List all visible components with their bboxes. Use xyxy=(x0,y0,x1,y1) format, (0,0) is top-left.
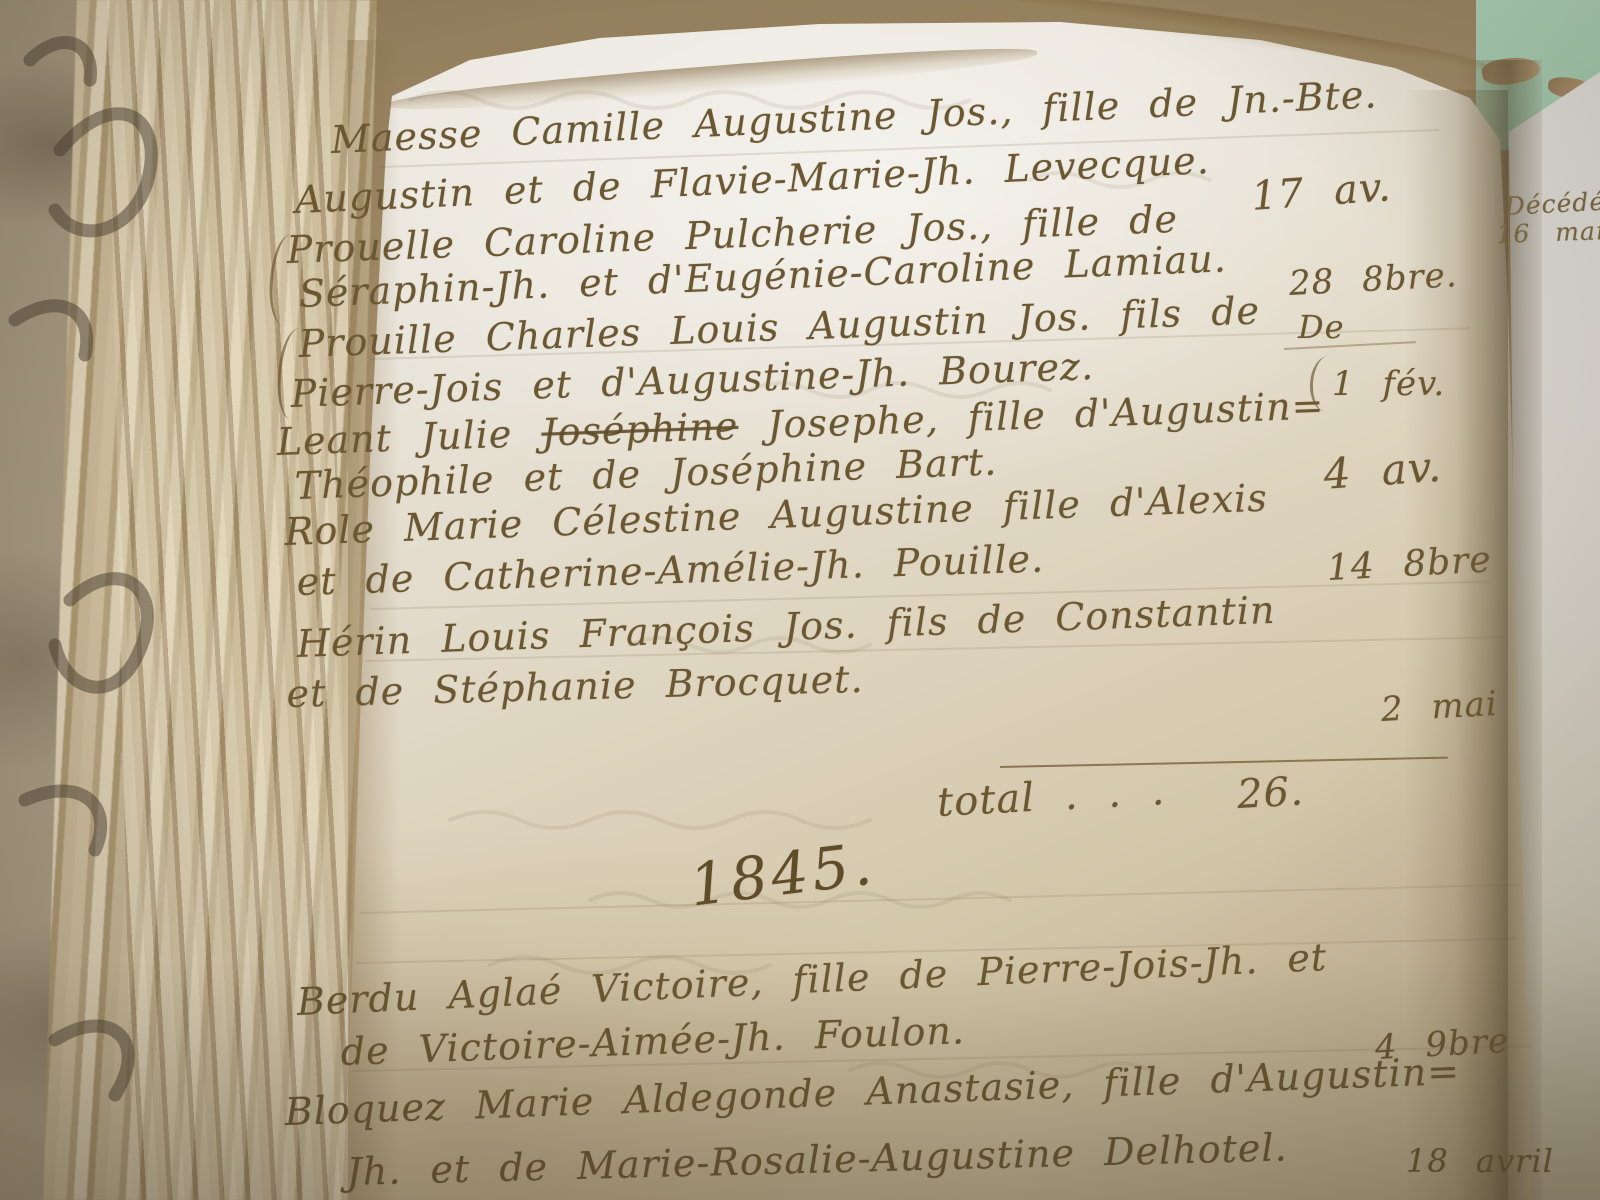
entry-date: 17 av. xyxy=(1250,164,1393,220)
total-value: 26. xyxy=(1236,769,1305,818)
entry-date: 18 avril xyxy=(1406,1142,1554,1180)
entry-date: 2 mai xyxy=(1380,684,1499,730)
entry-date: 1 fév. xyxy=(1332,364,1445,404)
entry-date: 4 av. xyxy=(1322,442,1443,499)
manuscript-photo: Maesse Camille Augustine Jos., fille de … xyxy=(0,0,1600,1200)
margin-death-note: 16 mar xyxy=(1496,216,1600,249)
entry-date-note: De xyxy=(1298,308,1345,346)
entry-date: 14 8bre xyxy=(1326,539,1493,589)
strikethrough-word: Joséphine xyxy=(541,404,739,455)
margin-death-note: Décédé xyxy=(1504,187,1600,221)
